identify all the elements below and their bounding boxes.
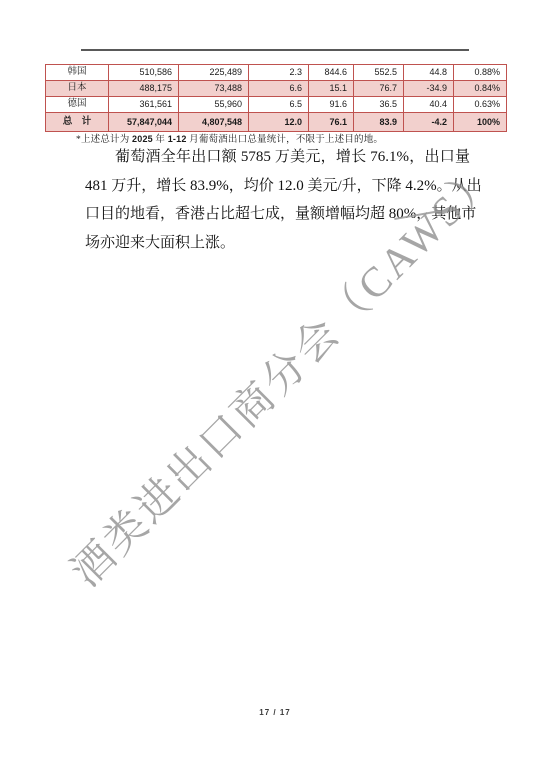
total-label-cell: 总 计 xyxy=(46,113,109,132)
value-cell: 44.8 xyxy=(404,65,454,81)
page-number: 17 / 17 xyxy=(0,708,550,717)
table-row-total: 总 计 57,847,044 4,807,548 12.0 76.1 83.9 … xyxy=(46,113,507,132)
value-cell: -34.9 xyxy=(404,81,454,97)
table-row-germany: 德国 361,561 55,960 6.5 91.6 36.5 40.4 0.6… xyxy=(46,97,507,113)
value-cell: 15.1 xyxy=(309,81,354,97)
value-cell: 488,175 xyxy=(109,81,179,97)
table-row-korea: 韩国 510,586 225,489 2.3 844.6 552.5 44.8 … xyxy=(46,65,507,81)
value-cell: 6.6 xyxy=(249,81,309,97)
value-cell: 100% xyxy=(454,113,507,132)
country-cell: 德国 xyxy=(46,97,109,113)
header-rule xyxy=(81,49,469,51)
value-cell: 36.5 xyxy=(354,97,404,113)
body-paragraph: 葡萄酒全年出口额 5785 万美元，增长 76.1%，出口量 481 万升，增长… xyxy=(85,143,470,257)
wine-export-table: 韩国 510,586 225,489 2.3 844.6 552.5 44.8 … xyxy=(45,64,507,132)
value-cell: 76.1 xyxy=(309,113,354,132)
paragraph-line: 场亦迎来大面积上涨。 xyxy=(85,229,470,258)
value-cell: 73,488 xyxy=(179,81,249,97)
value-cell: 844.6 xyxy=(309,65,354,81)
value-cell: 0.84% xyxy=(454,81,507,97)
value-cell: 510,586 xyxy=(109,65,179,81)
paragraph-line: 481 万升，增长 83.9%，均价 12.0 美元/升，下降 4.2%。从出 xyxy=(85,172,470,201)
value-cell: 83.9 xyxy=(354,113,404,132)
value-cell: 76.7 xyxy=(354,81,404,97)
value-cell: 361,561 xyxy=(109,97,179,113)
value-cell: 0.63% xyxy=(454,97,507,113)
value-cell: 91.6 xyxy=(309,97,354,113)
value-cell: -4.2 xyxy=(404,113,454,132)
value-cell: 2.3 xyxy=(249,65,309,81)
value-cell: 57,847,044 xyxy=(109,113,179,132)
document-page: 韩国 510,586 225,489 2.3 844.6 552.5 44.8 … xyxy=(0,0,550,777)
country-cell: 日本 xyxy=(46,81,109,97)
value-cell: 12.0 xyxy=(249,113,309,132)
value-cell: 552.5 xyxy=(354,65,404,81)
table-row-japan: 日本 488,175 73,488 6.6 15.1 76.7 -34.9 0.… xyxy=(46,81,507,97)
value-cell: 40.4 xyxy=(404,97,454,113)
country-cell: 韩国 xyxy=(46,65,109,81)
paragraph-line: 葡萄酒全年出口额 5785 万美元，增长 76.1%，出口量 xyxy=(85,143,470,172)
value-cell: 225,489 xyxy=(179,65,249,81)
value-cell: 6.5 xyxy=(249,97,309,113)
value-cell: 4,807,548 xyxy=(179,113,249,132)
value-cell: 55,960 xyxy=(179,97,249,113)
value-cell: 0.88% xyxy=(454,65,507,81)
